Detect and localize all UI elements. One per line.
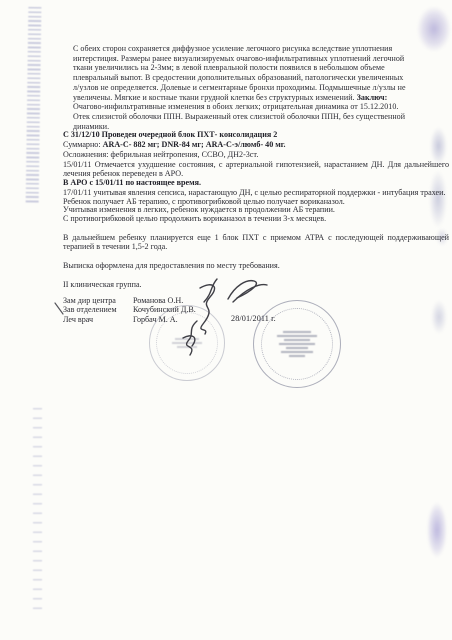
- doses-label: Суммарно:: [63, 140, 103, 149]
- antifungal-line: С противогрибковой целью продолжить вори…: [63, 215, 449, 224]
- ink-smudge-artifact: [431, 300, 447, 334]
- signature-ink: [140, 272, 350, 402]
- issued-for-line: Выписка оформлена для предоставления по …: [63, 261, 449, 271]
- issued-block: Выписка оформлена для предоставления по …: [63, 261, 449, 271]
- findings-line: Очагово-инфильтративные изменения в обои…: [73, 102, 449, 112]
- treatment-plan-block: В дальнейшем ребенку планируется еще 1 б…: [63, 233, 449, 251]
- signatory-role: Зав отделением: [63, 305, 133, 314]
- chemo-course-heading: С 31/12/10 Проведен очередной блок ПХТ- …: [63, 130, 449, 140]
- findings-text: увеличены. Мягкие и костные ткани грудно…: [73, 93, 357, 102]
- ink-smudge-artifact: [427, 502, 447, 558]
- status-150111-paragraph: 15/01/11 Отмечается ухудшение состояния,…: [63, 160, 449, 178]
- findings-line: С обеих сторон сохраняется диффузное уси…: [73, 44, 449, 54]
- findings-line: Отек слизистой оболочки ППН. Выраженный …: [73, 112, 449, 122]
- signatory-role: Зам дир центра: [63, 296, 133, 305]
- signatory-role: Леч врач: [63, 315, 133, 324]
- findings-line: плевральный выпот. В средостении дополни…: [73, 73, 449, 83]
- findings-paragraph: С обеих сторон сохраняется диффузное уси…: [63, 44, 449, 131]
- bleedthrough-artifact: [26, 7, 42, 205]
- tick-mark-ink: [52, 301, 66, 315]
- findings-line: интерстиция. Размеры ранее визуализируем…: [73, 54, 449, 64]
- findings-line: л/узлов не определяется. Долевые и сегме…: [73, 83, 449, 93]
- chemo-doses-line: Суммарно: ARA-C- 882 мг; DNR-84 мг; ARA-…: [63, 140, 449, 150]
- conclusion-label: Заключ:: [357, 93, 388, 102]
- doses-values: ARA-C- 882 мг; DNR-84 мг; ARA-C-э/люмб- …: [103, 140, 286, 149]
- scanned-page: С обеих сторон сохраняется диффузное уси…: [0, 0, 452, 640]
- treatment-course-block: С 31/12/10 Проведен очередной блок ПХТ- …: [63, 130, 449, 224]
- complications-line: Осложнения: фебрильная нейтропения, ССВО…: [63, 150, 449, 160]
- findings-line: ткани увеличились на 2-3мм; в левой плев…: [73, 63, 449, 73]
- treatment-plan-paragraph: В дальнейшем ребенку планируется еще 1 б…: [63, 233, 449, 251]
- findings-line: увеличены. Мягкие и костные ткани грудно…: [73, 93, 449, 103]
- bleedthrough-artifact: [33, 408, 42, 613]
- aro-admission-heading: В АРО с 15/01/11 по настоящее время.: [63, 178, 449, 188]
